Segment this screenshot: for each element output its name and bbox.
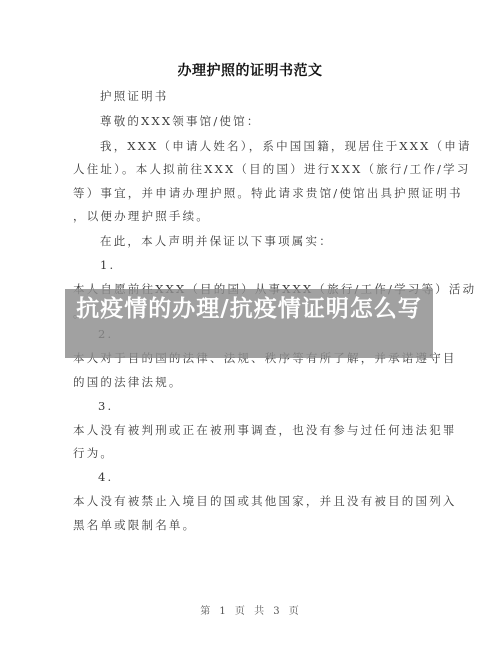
item-text: 的国的法律法规。 [73, 374, 183, 390]
item-number: 3. [98, 399, 113, 413]
overlay-banner: 抗疫情的办理/抗疫情证明怎么写 [65, 289, 433, 358]
paragraph-line: 等）事宜，并申请办理护照。特此请求贵馆/使馆出具护照证明书 [73, 185, 463, 201]
document-title: 办理护照的证明书范文 [0, 60, 500, 80]
item-number: 1. [100, 258, 115, 272]
overlay-title: 抗疫情的办理/抗疫情证明怎么写 [65, 294, 433, 324]
doc-heading: 护照证明书 [100, 88, 169, 104]
paragraph-line: 我，XXX（申请人姓名），系中国国籍，现居住于XXX（申请 [100, 138, 472, 154]
item-text: 行为。 [73, 445, 114, 461]
page-number: 第 1 页 共 3 页 [0, 602, 500, 617]
item-text: 本人没有被判刑或正在被刑事调查，也没有参与过任何违法犯罪 [73, 422, 457, 438]
item-text: 本人没有被禁止入境目的国或其他国家，并且没有被目的国列入 [73, 493, 457, 509]
salutation: 尊敬的XXX领事馆/使馆： [100, 113, 261, 129]
paragraph-line: 人住址）。本人拟前往XXX（目的国）进行XXX（旅行/工作/学习 [73, 161, 471, 177]
item-number: 4. [98, 470, 113, 484]
item-text: 黑名单或限制名单。 [73, 517, 196, 533]
paragraph-line: ，以便办理护照手续。 [73, 208, 210, 224]
declaration-intro: 在此，本人声明并保证以下事项属实： [100, 233, 333, 249]
